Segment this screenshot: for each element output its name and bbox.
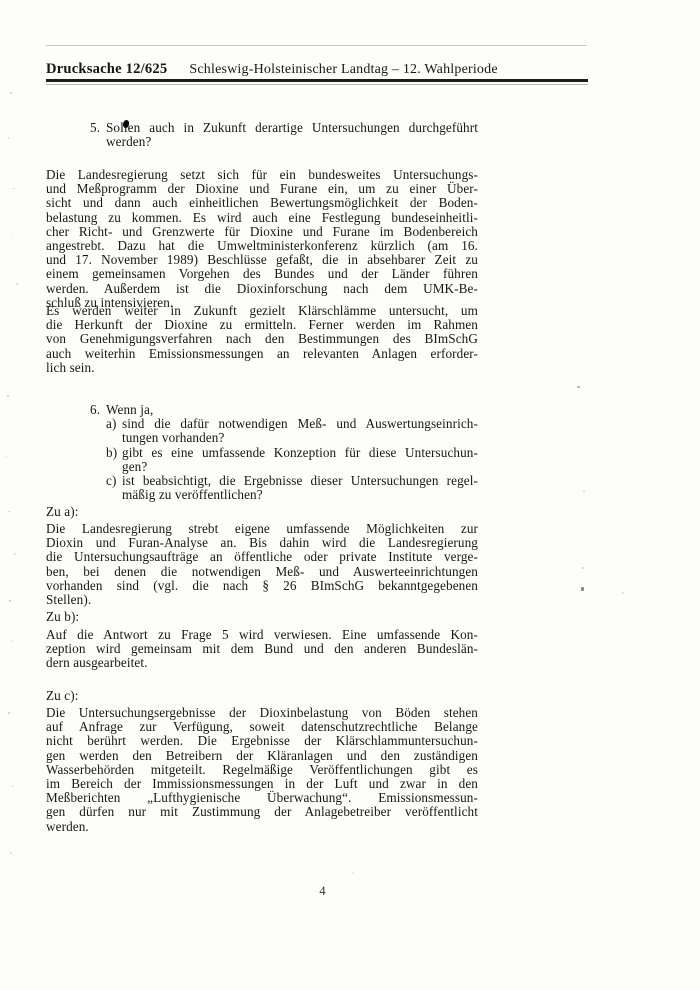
question-6b-text: gibt es eine umfassende Konzeption für d…	[122, 446, 478, 474]
text-line: Die Landesregierung setzt sich für ein b…	[46, 168, 478, 182]
text-line: werden?	[106, 135, 478, 149]
question-6a-text: sind die dafür notwendigen Meß- und Ausw…	[122, 417, 478, 445]
text-line: werden.	[46, 820, 478, 834]
scan-speck	[13, 188, 15, 189]
question-5-text: Sollen auch in Zukunft derartige Untersu…	[106, 121, 478, 149]
scan-speck	[577, 386, 580, 388]
scan-speck	[352, 872, 354, 874]
scan-speck	[10, 92, 12, 94]
header-rule	[46, 79, 588, 82]
header-rule-echo	[46, 84, 588, 85]
text-line: lich sein.	[46, 361, 478, 375]
scan-speck	[9, 600, 11, 602]
header-top-rule	[46, 45, 587, 46]
question-6: 6. Wenn ja, a) sind die dafür notwendige…	[90, 403, 478, 502]
scan-speck	[622, 592, 624, 594]
text-line: belastung zu kommen. Es wird auch eine F…	[46, 211, 478, 225]
answer-b-paragraph: Auf die Antwort zu Frage 5 wird verwiese…	[46, 628, 478, 671]
question-6-intro: Wenn ja,	[106, 403, 478, 417]
text-line: gen?	[122, 460, 478, 474]
scan-speck	[7, 395, 9, 397]
scan-speck	[10, 852, 12, 854]
document-title: Schleswig-Holsteinischer Landtag – 12. W…	[189, 62, 497, 77]
text-line: Meßberichten „Lufthygienische Überwachun…	[46, 791, 478, 805]
text-line: gibt es eine umfassende Konzeption für d…	[122, 446, 478, 460]
text-line: zeption wird gemeinsam mit dem Bund und …	[46, 642, 478, 656]
text-line: nicht berührt werden. Die Ergebnisse der…	[46, 734, 478, 748]
text-line: vorhanden sind (vgl. die nach § 26 BImSc…	[46, 579, 478, 593]
question-6a: a) sind die dafür notwendigen Meß- und A…	[90, 417, 478, 445]
text-line: Es werden weiter in Zukunft gezielt Klär…	[46, 304, 478, 318]
question-6b: b) gibt es eine umfassende Konzeption fü…	[90, 446, 478, 474]
text-line: auch weiterhin Emissionsmessungen an rel…	[46, 347, 478, 361]
text-line: sind die dafür notwendigen Meß- und Ausw…	[122, 417, 478, 431]
text-line: angestrebt. Dazu hat die Umweltministerk…	[46, 239, 478, 253]
scan-speck	[582, 567, 584, 569]
question-6c: c) ist beabsichtigt, die Ergebnisse dies…	[90, 474, 478, 502]
question-5-number: 5.	[90, 121, 100, 135]
question-5: 5. Sollen auch in Zukunft derartige Unte…	[90, 121, 478, 149]
text-line: dern ausgearbeitet.	[46, 656, 478, 670]
scan-speck	[583, 490, 585, 492]
scan-speck	[8, 137, 9, 139]
scan-speck	[11, 234, 12, 235]
text-line: ist beabsichtigt, die Ergebnisse dieser …	[122, 474, 478, 488]
text-line: Stellen).	[46, 593, 478, 607]
text-line: Die Untersuchungsergebnisse der Dioxinbe…	[46, 706, 478, 720]
answer-b-heading: Zu b):	[46, 610, 166, 624]
question-6c-label: c)	[106, 474, 116, 488]
document-page: Drucksache 12/625Schleswig-Holsteinische…	[0, 0, 700, 990]
text-line: und 17. November 1989) Beschlüsse gefaßt…	[46, 253, 478, 267]
answer-c-paragraph: Die Untersuchungsergebnisse der Dioxinbe…	[46, 706, 478, 834]
text-line: Auf die Antwort zu Frage 5 wird verwiese…	[46, 628, 478, 642]
page-number: 4	[319, 884, 325, 898]
text-line: Sollen auch in Zukunft derartige Untersu…	[106, 121, 478, 135]
question-6-number: 6.	[90, 403, 100, 417]
text-line: von Genehmigungsverfahren nach den Besti…	[46, 332, 478, 346]
scan-speck	[6, 456, 7, 458]
text-line: mäßig zu veröffentlichen?	[122, 488, 478, 502]
question-6a-label: a)	[106, 417, 116, 431]
page-header: Drucksache 12/625Schleswig-Holsteinische…	[46, 60, 587, 78]
text-line: Wasserbehörden mitgeteilt. Regelmäßige V…	[46, 763, 478, 777]
text-line: gen dürfen nur mit Zustimmung der Anlage…	[46, 805, 478, 819]
page-footer: 4	[0, 884, 645, 899]
text-line: und Meßprogramm der Dioxine und Furane e…	[46, 182, 478, 196]
scan-speck	[16, 283, 18, 285]
text-line: tungen vorhanden?	[122, 431, 478, 445]
scan-speck	[581, 587, 584, 591]
text-line: Die Landesregierung strebt eigene umfass…	[46, 522, 478, 536]
document-number: Drucksache 12/625	[46, 61, 167, 77]
answer-5-paragraph-1: Die Landesregierung setzt sich für ein b…	[46, 168, 478, 310]
answer-a-heading: Zu a):	[46, 505, 166, 519]
text-line: einem gemeinsamen Vorgehen des Bundes un…	[46, 267, 478, 281]
scan-speck	[8, 712, 10, 714]
answer-5-paragraph-2: Es werden weiter in Zukunft gezielt Klär…	[46, 304, 478, 375]
text-line: cher Richt- und Grenzwerte für Dioxine u…	[46, 225, 478, 239]
text-line: werden. Außerdem ist die Dioxinforschung…	[46, 282, 478, 296]
text-line: Dioxin und Furan-Analyse an. Bis dahin w…	[46, 536, 478, 550]
text-line: im Bereich der Immissionsmessungen in de…	[46, 777, 478, 791]
scan-speck	[11, 640, 12, 642]
text-line: die Herkunft der Dioxine zu ermitteln. F…	[46, 318, 478, 332]
scan-speck	[12, 786, 14, 787]
text-line: auf Anfrage zur Verfügung, soweit datens…	[46, 720, 478, 734]
question-6c-text: ist beabsichtigt, die Ergebnisse dieser …	[122, 474, 478, 502]
text-line: gen werden den Betreibern der Kläranlage…	[46, 749, 478, 763]
question-6b-label: b)	[106, 446, 117, 460]
answer-a-paragraph: Die Landesregierung strebt eigene umfass…	[46, 522, 478, 607]
text-line: ben, bei denen die notwendigen Meß- und …	[46, 565, 478, 579]
answer-c-heading: Zu c):	[46, 689, 166, 703]
scan-speck	[14, 553, 16, 555]
text-line: sicht und dann auch einheitlichen Bewert…	[46, 196, 478, 210]
scan-speck	[8, 511, 10, 512]
text-line: die Untersuchungsaufträge an öffentliche…	[46, 550, 478, 564]
